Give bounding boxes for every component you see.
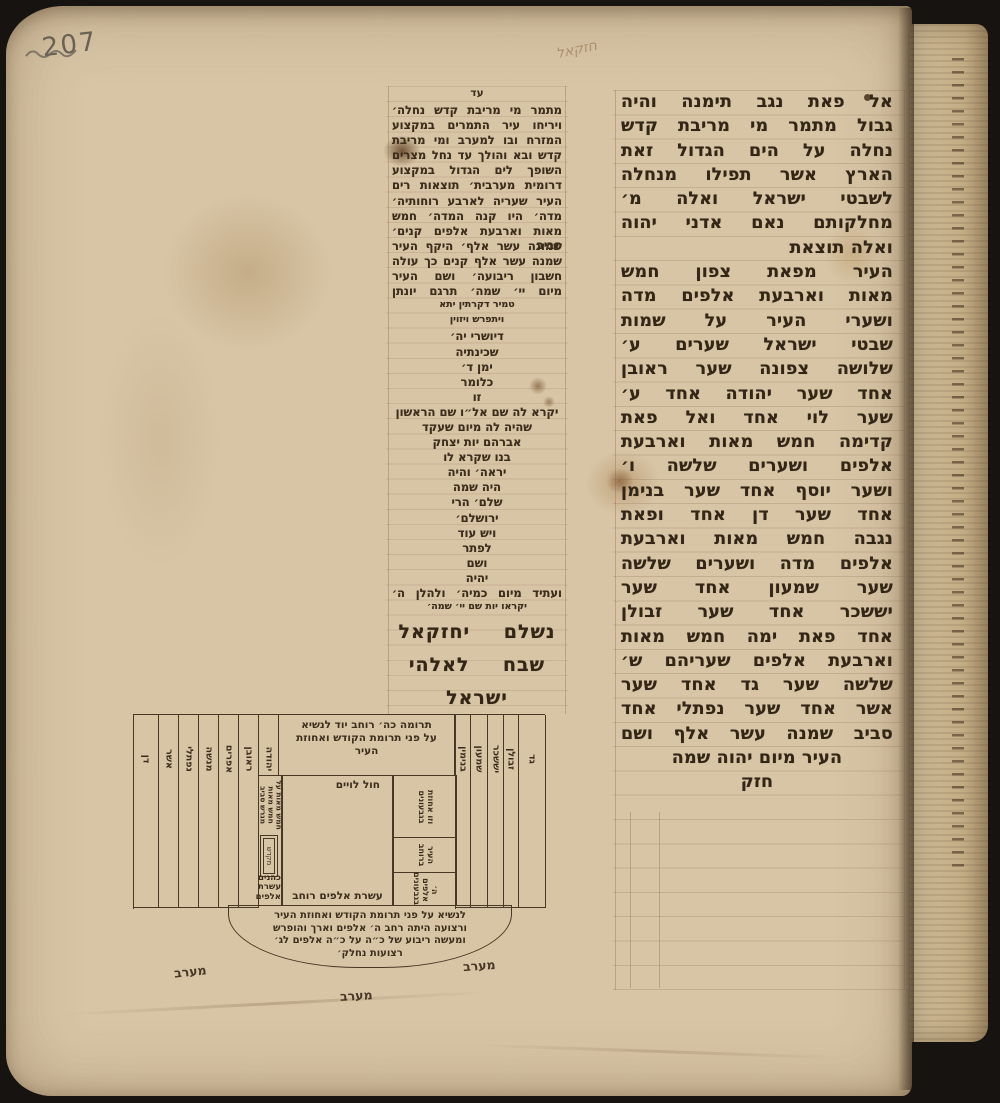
text-line: שלשה שער גד אחד שער [621, 675, 893, 699]
text-line: שמנה עשר אלף קנים כך עולה [392, 254, 562, 269]
text-line: לשבטי ישראל ואלה מ׳ [621, 189, 893, 213]
text-line: ויש עוד [392, 526, 562, 541]
text-line: אשר אחד שער נפתלי אחד [621, 699, 893, 723]
text-line: כלומר [392, 375, 562, 390]
text-line: טמיר דקרתין יתא [392, 299, 562, 314]
text-line: דיושרי יה׳ [392, 329, 562, 344]
text-line: ואלה תוצאת [621, 238, 893, 262]
colophon-line: שבח לאלהי [392, 649, 562, 682]
text-line: אל פאת נגב תימנה והיה [621, 92, 893, 116]
text-line: מאות וארבעת אלפים מדה [621, 286, 893, 310]
text-line: ושער יוסף אחד שער בנימן [621, 481, 893, 505]
text-line: נגבה חמש מאות וארבעת [621, 529, 893, 553]
text-line: חזק [621, 772, 893, 796]
text-line: שלושה צפונה שער ראובן [621, 359, 893, 383]
text-line: מיום יי׳ שמה׳ תרגם יונתן [392, 284, 562, 299]
colophon-line: ישראל [392, 682, 562, 715]
text-line: הארץ אשר תפילו מנחלה [621, 165, 893, 189]
text-line: זו [392, 390, 562, 405]
text-line: שכינתיה [392, 345, 562, 360]
commentary-catchword: עד [392, 87, 562, 99]
text-line: המזרח ובו למערב ומי מריבת [392, 133, 562, 148]
text-line: יקראו יות שם יי׳ שמה׳ [392, 601, 562, 616]
text-line: שמונה עשר אלף׳ היקף העיר [392, 239, 562, 254]
page-stack-edge [910, 24, 988, 1042]
text-line: העיר מפאת צפון חמש [621, 262, 893, 286]
text-line: מתמר מי מריבת קדש נחלה׳ [392, 103, 562, 118]
text-line: אלפים מדה ושערים שלשה [621, 554, 893, 578]
left-text-column: מתמר מי מריבת קדש נחלה׳ויריחו עיר התמרים… [392, 103, 562, 616]
text-line: יששכר אחד שער זבולן [621, 602, 893, 626]
vertical-ruling [565, 86, 566, 714]
text-line: ושערי העיר על שמות [621, 311, 893, 335]
colophon-line: נשלם יחזקאל [392, 616, 562, 649]
text-line: ושם [392, 556, 562, 571]
text-line: שלם׳ הרי [392, 495, 562, 510]
text-line: קדש ובא והולך עד נחל מצרים [392, 148, 562, 163]
page-edge-shadow [898, 8, 914, 1090]
text-line: ועתיד מיום כמיה׳ ולהלן ה׳ [392, 586, 562, 601]
text-line: ימן ד׳ [392, 360, 562, 375]
text-line: לפתר [392, 541, 562, 556]
text-line: יהיה [392, 571, 562, 586]
vertical-ruling [615, 90, 616, 990]
text-line: אלפים ושערים שלשה ו׳ [621, 456, 893, 480]
text-line: ירושלם׳ [392, 511, 562, 526]
text-line: שער לוי אחד ואל פאת [621, 408, 893, 432]
text-line: ויריחו עיר התמרים במקצוע [392, 118, 562, 133]
text-line: שבטי ישראל שערים ע׳ [621, 335, 893, 359]
text-line: העיר מיום יהוה שמה [621, 748, 893, 772]
text-line: גבול מתמר מי מריבת קדש [621, 116, 893, 140]
text-line: סביב שמנה עשר אלף ושם [621, 724, 893, 748]
text-line: השופך לים הגדול במקצוע [392, 163, 562, 178]
text-line: בנו שקרא לו [392, 450, 562, 465]
photograph-background: { "page": { "folio_number": "207", "fade… [0, 0, 1000, 1103]
colophon: נשלם יחזקאל שבח לאלהי ישראל [392, 616, 562, 715]
text-line: קדימה חמש מאות וארבעת [621, 432, 893, 456]
text-line: יראה׳ והיה [392, 465, 562, 480]
text-line: וארבעת אלפים שעריהם ש׳ [621, 651, 893, 675]
text-line: נחלה על הים הגדול זאת [621, 141, 893, 165]
right-text-column: אל פאת נגב תימנה והיהגבול מתמר מי מריבת … [621, 92, 893, 797]
text-line: היה שמה [392, 480, 562, 495]
text-line: שהיה לה מיום שעקד [392, 420, 562, 435]
text-line: שער שמעון אחד שער [621, 578, 893, 602]
text-line: אחד שער דן אחד ופאת [621, 505, 893, 529]
vertical-ruling [659, 812, 660, 988]
vertical-ruling [388, 86, 389, 714]
vertical-ruling [630, 812, 631, 988]
text-line: מדה׳ היו קנה המדה׳ חמש [392, 209, 562, 224]
text-line: העיר שעריה לארבע רוחותיה׳ [392, 194, 562, 209]
text-line: מחלקותם נאם אדני יהוה [621, 213, 893, 237]
vertical-ruling [904, 90, 905, 990]
text-line: אברהם יות יצחק [392, 435, 562, 450]
text-line: דרומית מערבית׳ תוצאות רים [392, 178, 562, 193]
text-line: ויתפרש ויזוין [392, 314, 562, 329]
quire-dash-marks [952, 58, 964, 876]
text-line: מאות וארבעת אלפים קנים׳ סביב [392, 224, 562, 239]
pencil-scribble [24, 46, 80, 65]
text-line: יקרא לה שם אל״ו שם הראשון [392, 405, 562, 420]
text-line: חשבון ריבועה׳ ושם העיר [392, 269, 562, 284]
text-line: אחד שער יהודה אחד ע׳ [621, 384, 893, 408]
text-line: אחד פאת ימה חמש מאות [621, 627, 893, 651]
